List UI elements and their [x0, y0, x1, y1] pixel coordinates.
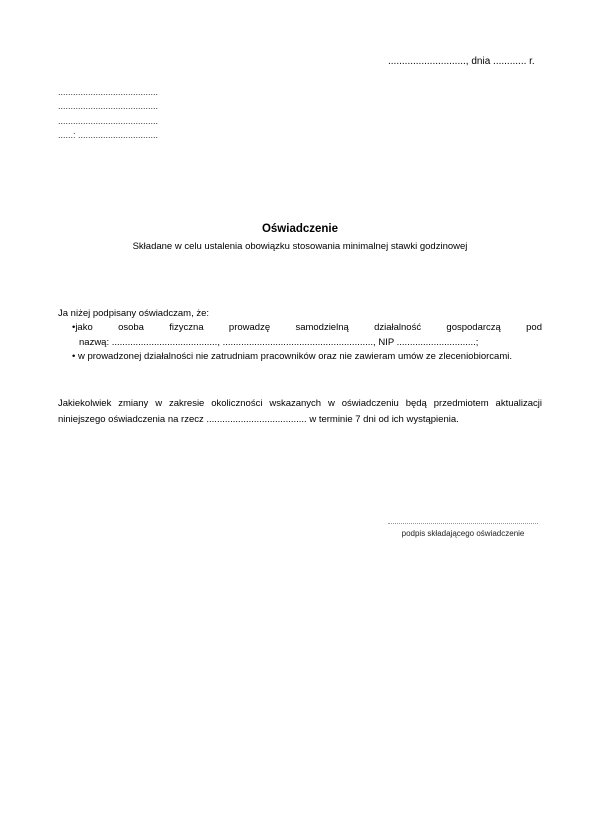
document-title: Oświadczenie	[0, 223, 600, 235]
address-line-2: ........................................	[58, 101, 158, 111]
word: Jakiekolwiek	[58, 396, 111, 412]
word: w	[155, 396, 162, 412]
signature-line	[388, 523, 538, 524]
document-subtitle: Składane w celu ustalenia obowiązku stos…	[0, 241, 600, 252]
bullet-business-activity: •jako osoba fizyczna prowadzę samodzieln…	[72, 322, 542, 333]
word: przedmiotem	[434, 396, 489, 412]
paragraph-line-2: niniejszego oświadczenia na rzecz ......…	[58, 412, 542, 428]
word: gospodarczą	[446, 322, 500, 333]
word: fizyczna	[169, 322, 203, 333]
address-line-1: ........................................	[58, 87, 158, 97]
word: aktualizacji	[496, 396, 542, 412]
word: zmiany	[118, 396, 148, 412]
bullet-business-name-nip: nazwą: .................................…	[79, 337, 478, 348]
intro-statement: Ja niżej podpisany oświadczam, że:	[58, 308, 209, 319]
address-line-4: ......: ................................	[58, 130, 158, 140]
word: wskazanych	[269, 396, 321, 412]
word: zakresie	[169, 396, 204, 412]
bullet-no-employees: • w prowadzonej działalności nie zatrudn…	[72, 351, 542, 362]
word: prowadzę	[229, 322, 270, 333]
word: pod	[526, 322, 542, 333]
word: okoliczności	[211, 396, 262, 412]
word: działalność	[374, 322, 421, 333]
word: w	[328, 396, 335, 412]
word: będą	[406, 396, 427, 412]
word: samodzielną	[295, 322, 348, 333]
update-obligation-paragraph: Jakiekolwiek zmiany w zakresie okoliczno…	[58, 396, 542, 428]
address-line-3: ........................................	[58, 116, 158, 126]
place-date-field: ............................, dnia .....…	[388, 56, 535, 67]
signature-label: podpis składającego oświadczenie	[388, 529, 538, 538]
word: osoba	[118, 322, 144, 333]
word: oświadczeniu	[342, 396, 399, 412]
word: •jako	[72, 322, 93, 333]
